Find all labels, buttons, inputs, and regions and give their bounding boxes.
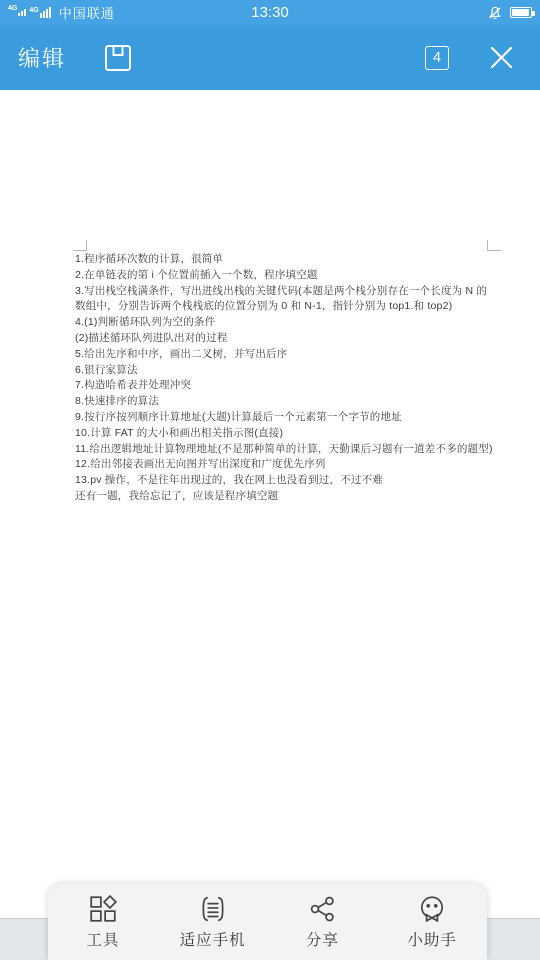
doc-line: 8.快速排序的算法 (75, 394, 496, 410)
doc-line: 9.按行序按列顺序计算地址(大题)计算最后一个元素第一个字节的地址 (75, 410, 496, 426)
document-page[interactable]: 1.程序循环次数的计算，很简单 2.在单链表的第 i 个位置前插入一个数，程序填… (0, 90, 540, 960)
doc-line: 3.写出栈空栈满条件，写出进线出栈的关键代码(本题是两个栈分别存在一个长度为 N… (75, 284, 496, 316)
assistant-label: 小助手 (407, 928, 457, 950)
doc-line: 5.给出先序和中序，画出二叉树，并写出后序 (75, 347, 496, 363)
doc-line: 4.(1)判断循环队列为空的条件 (75, 315, 496, 331)
save-icon (104, 44, 132, 72)
share-icon (307, 893, 337, 925)
margin-corner-top-right (487, 240, 501, 251)
fit-phone-button[interactable]: 适应手机 (158, 884, 268, 960)
sim1-signal-icon: 4G (8, 9, 26, 16)
doc-line: 2.在单链表的第 i 个位置前插入一个数，程序填空题 (75, 268, 496, 284)
sim1-network-label: 4G (8, 5, 17, 12)
tools-button[interactable]: 工具 (48, 884, 158, 960)
page-count-button[interactable]: 4 (425, 46, 449, 70)
tools-label: 工具 (86, 928, 119, 950)
carrier-label: 中国联通 (59, 3, 115, 22)
doc-line: 6.银行家算法 (75, 363, 496, 379)
doc-line: 11.给出逻辑地址计算物理地址(不是那种简单的计算，天勤课后习题有一道差不多的题… (75, 442, 496, 458)
sim2-network-label: 4G (29, 7, 38, 14)
doc-line: 10.计算 FAT 的大小和画出相关指示图(直接) (75, 426, 496, 442)
status-bar: 4G 4G 中国联通 13:30 (0, 0, 540, 25)
share-button[interactable]: 分享 (268, 884, 378, 960)
doc-line: (2)描述循环队列进队出对的过程 (75, 331, 496, 347)
margin-corner-top-left (73, 240, 87, 251)
bottom-toolbar: 工具 适应手机 分享 (48, 884, 487, 960)
doc-line: 1.程序循环次数的计算，很简单 (75, 252, 496, 268)
fit-phone-label: 适应手机 (180, 928, 246, 950)
app-toolbar: 编辑 4 (0, 25, 540, 90)
document-text: 1.程序循环次数的计算，很简单 2.在单链表的第 i 个位置前插入一个数，程序填… (75, 252, 496, 505)
assistant-button[interactable]: 小助手 (377, 884, 487, 960)
doc-line: 7.构造哈希表并处理冲突 (75, 378, 496, 394)
fit-phone-icon (198, 893, 228, 925)
app-screen: 4G 4G 中国联通 13:30 编辑 (0, 0, 540, 960)
assistant-icon (417, 893, 447, 925)
battery-icon (510, 7, 532, 18)
doc-line: 13.pv 操作，不是往年出现过的，我在网上也没看到过，不过不难 (75, 473, 496, 489)
doc-line: 还有一题，我给忘记了，应该是程序填空题 (75, 489, 496, 505)
sim2-signal-icon: 4G (29, 7, 50, 18)
save-button[interactable] (104, 44, 132, 72)
share-label: 分享 (306, 928, 339, 950)
doc-line: 12.给出邻接表画出无向图并写出深度和广度优先序列 (75, 457, 496, 473)
status-time: 13:30 (251, 0, 289, 25)
tools-grid-icon (88, 893, 118, 925)
close-button[interactable] (487, 43, 516, 72)
bell-muted-icon (487, 5, 503, 21)
edit-button[interactable]: 编辑 (18, 42, 66, 73)
close-icon (487, 43, 516, 72)
